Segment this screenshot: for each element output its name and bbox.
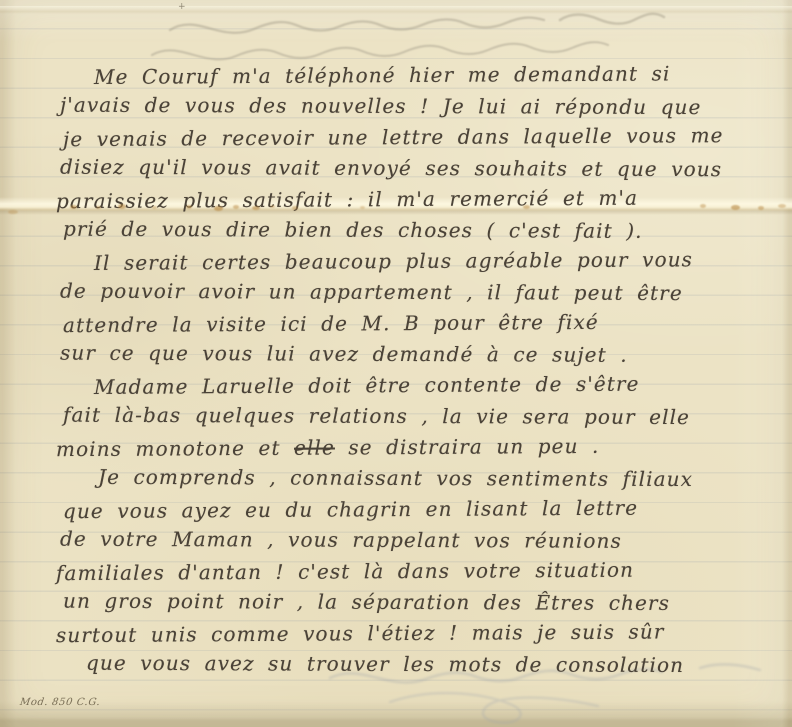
- letter-line: que vous avez su trouver les mots de con…: [60, 648, 768, 682]
- foxing-spot: [270, 205, 275, 208]
- letter-line: moins monotone et elle se distraira un p…: [56, 430, 768, 465]
- foxing-spot: [233, 205, 239, 209]
- small-ink-mark: +: [178, 2, 186, 12]
- top-crease: [0, 6, 792, 14]
- letter-line: que vous ayez eu du chagrin en lisant la…: [63, 492, 768, 527]
- letter-body: Me Couruf m'a téléphoné hier me demandan…: [56, 60, 768, 680]
- letter-line: Je comprends , connaissant vos sentiment…: [60, 462, 768, 496]
- foxing-spot: [252, 206, 260, 210]
- foxing-spot: [152, 206, 157, 209]
- foxing-spot: [758, 206, 764, 210]
- foxing-spot: [778, 204, 786, 208]
- foxing-spot: [8, 210, 18, 214]
- letter-line: paraissiez plus satisfait : il m'a remer…: [56, 182, 768, 217]
- crossed-out-word: elle: [294, 435, 335, 459]
- stationery-mark: Mod. 850 C.G.: [19, 697, 101, 708]
- letter-line: un gros point noir , la séparation des Ê…: [63, 586, 768, 620]
- letter-line: disiez qu'il vous avait envoyé ses souha…: [60, 152, 768, 186]
- foxing-spot: [523, 205, 530, 209]
- letter-line: Me Couruf m'a téléphoné hier me demandan…: [56, 58, 768, 93]
- letter-line: prié de vous dire bien des choses ( c'es…: [63, 214, 768, 248]
- letter-line: sur ce que vous lui avez demandé à ce su…: [60, 338, 768, 372]
- foxing-spot: [70, 205, 77, 209]
- foxing-spot: [118, 204, 126, 209]
- letter-line: Madame Laruelle doit être contente de s'…: [56, 368, 768, 403]
- letter-line: surtout unis comme vous l'étiez ! mais j…: [56, 616, 768, 651]
- foxing-spot: [96, 206, 101, 209]
- foxing-spot: [292, 206, 298, 210]
- foxing-spot: [360, 206, 365, 209]
- letter-line: familiales d'antan ! c'est là dans votre…: [56, 554, 768, 589]
- letter-line: de pouvoir avoir un appartement , il fau…: [60, 276, 768, 310]
- letter-line: j'avais de vous des nouvelles ! Je lui a…: [60, 90, 768, 124]
- letter-text: se distraira un peu .: [335, 434, 600, 460]
- foxing-spot: [700, 204, 706, 208]
- letter-line: fait là-bas quelques relations , la vie …: [63, 400, 768, 434]
- letter-scan-page: + Me Couruf m'a téléphoné hier me demand…: [0, 0, 792, 727]
- letter-line: attendre la visite ici de M. B pour être…: [63, 306, 768, 341]
- foxing-spot: [214, 206, 223, 211]
- letter-line: Il serait certes beaucoup plus agréable …: [56, 244, 768, 279]
- letter-text: moins monotone et: [56, 436, 294, 461]
- letter-line: je venais de recevoir une lettre dans la…: [63, 120, 768, 155]
- foxing-spot: [731, 205, 740, 210]
- foxing-spot: [186, 205, 192, 209]
- letter-line: de votre Maman , vous rappelant vos réun…: [60, 524, 768, 558]
